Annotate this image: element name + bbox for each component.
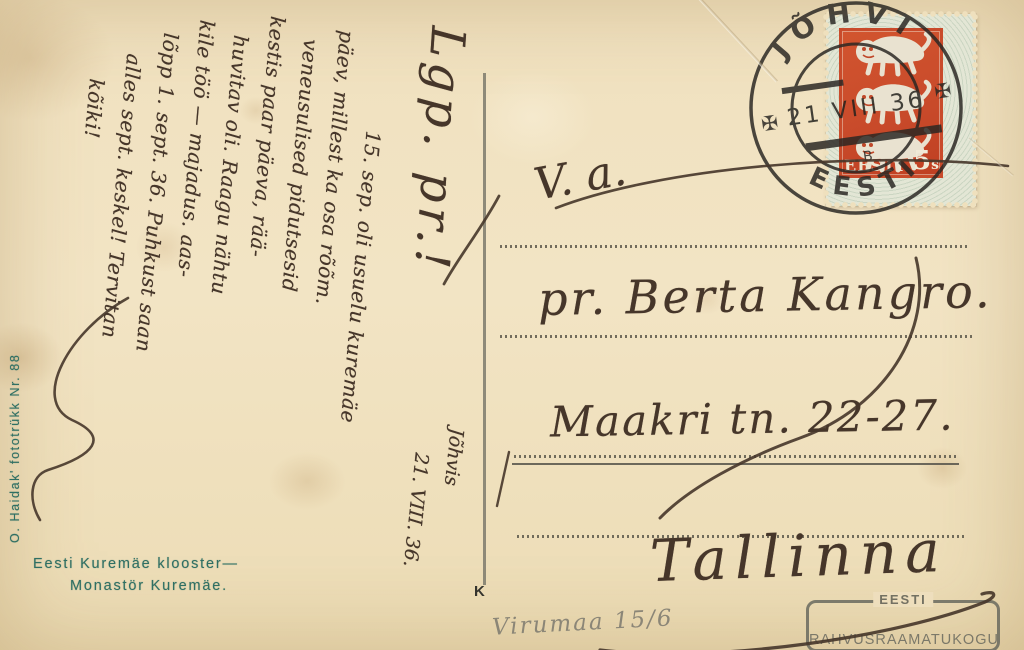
corner-crease xyxy=(687,0,778,83)
postage-stamp: EESTI 5s xyxy=(826,14,976,206)
message-greeting: Lgp. pr.! xyxy=(389,25,475,458)
caption-estonian: Eesti Kuremäe klooster— xyxy=(33,556,239,572)
photographer-credit: O. Haidak' fototrükk Nr. 88 xyxy=(8,113,22,543)
postmark-star-left-icon: ✠ xyxy=(760,110,780,136)
address-line-rule-1 xyxy=(500,245,967,248)
address-city: Tallinna xyxy=(649,517,949,595)
address-salutation: V. a. xyxy=(530,144,630,210)
address-recipient: pr. Berta Kangro. xyxy=(538,264,993,326)
library-stamp-name: RAHVUSRAAMATUKOGU xyxy=(809,632,997,648)
perforation-edge xyxy=(972,14,979,206)
stamp-denomination: 5s xyxy=(913,146,939,176)
stamp-value-unit: s xyxy=(931,157,939,173)
greeting-text: Lgp. pr.! xyxy=(389,25,475,458)
stamp-country-label: EESTI xyxy=(844,156,904,175)
stamp-vignette: EESTI 5s xyxy=(839,28,943,178)
address-line-rule-3-solid xyxy=(512,463,959,465)
address-line-rule-3 xyxy=(514,455,957,458)
center-divider xyxy=(483,73,486,585)
library-stamp: EESTI RAHVUSRAAMATUKOGU xyxy=(806,600,1000,650)
postcard-back: 15. sep. oli usuelu kuremäe päev, milles… xyxy=(0,0,1024,650)
caption-translit: Monastör Kuremäe. xyxy=(70,578,228,594)
library-stamp-country: EESTI xyxy=(873,592,933,607)
perforation-edge xyxy=(823,14,830,206)
perforation-edge xyxy=(826,11,976,18)
perforation-edge xyxy=(826,202,976,209)
series-letter: K xyxy=(474,583,485,600)
stray-pen-slash xyxy=(497,452,509,506)
message-body: 15. sep. oli usuelu kuremäe päev, milles… xyxy=(31,0,400,650)
pencil-note: Virumaa 15/6 xyxy=(491,605,674,640)
address-street: Maakri tn. 22-27. xyxy=(550,390,955,446)
stamp-value-number: 5 xyxy=(913,146,931,176)
address-line-rule-2 xyxy=(500,335,973,338)
